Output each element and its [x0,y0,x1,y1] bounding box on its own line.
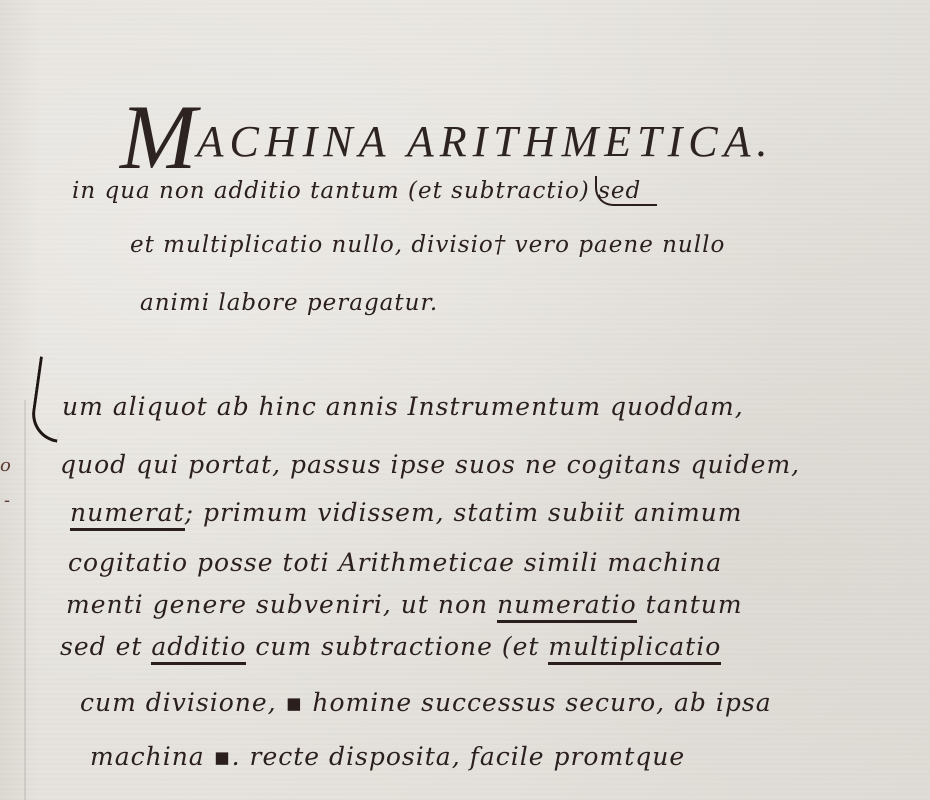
body-line-5: menti genere subveniri, ut non numeratio… [66,590,743,619]
body-line-6-start: sed et [60,632,151,661]
body-line-3: numerat; primum vidissem, statim subiit … [70,498,742,527]
body-line-6-mid: cum subtractione (et [246,632,548,661]
subtitle-line-2: et multiplicatio nullo, divisio† vero pa… [130,232,725,258]
margin-mark-dash: - [4,490,10,511]
margin-mark-o: o [0,455,11,476]
body-line-4: cogitatio posse toti Arithmeticae simili… [68,548,722,577]
body-line-7: cum divisione, ▪ homine successus securo… [80,688,772,717]
manuscript-page: MACHINA ARITHMETICA. in qua non additio … [0,0,930,800]
title-initial: M [120,86,197,188]
underlined-additio: additio [151,632,246,665]
subtitle-line-1: in qua non additio tantum (et subtractio… [72,178,641,204]
underlined-numerat: numerat [70,498,185,531]
manuscript-title: MACHINA ARITHMETICA. [120,72,773,178]
title-rest: ACHINA ARITHMETICA. [197,117,774,166]
body-line-8: machina ▪. recte disposita, facile promt… [90,742,685,771]
underlined-multiplicatio: multiplicatio [548,632,721,665]
body-line-6: sed et additio cum subtractione (et mult… [60,632,721,661]
body-line-3-rest: ; primum vidissem, statim subiit animum [185,498,743,527]
subtitle-line-3: animi labore peragatur. [140,290,438,316]
body-line-5-end: tantum [637,590,743,619]
body-line-1: um aliquot ab hinc annis Instrumentum qu… [62,392,744,421]
paper-fold-line [24,400,26,800]
body-line-2: quod qui portat, passus ipse suos ne cog… [60,450,800,479]
subtitle-bracket [595,176,657,206]
body-line-5-start: menti genere subveniri, ut non [66,590,497,619]
underlined-numeratio: numeratio [497,590,637,623]
